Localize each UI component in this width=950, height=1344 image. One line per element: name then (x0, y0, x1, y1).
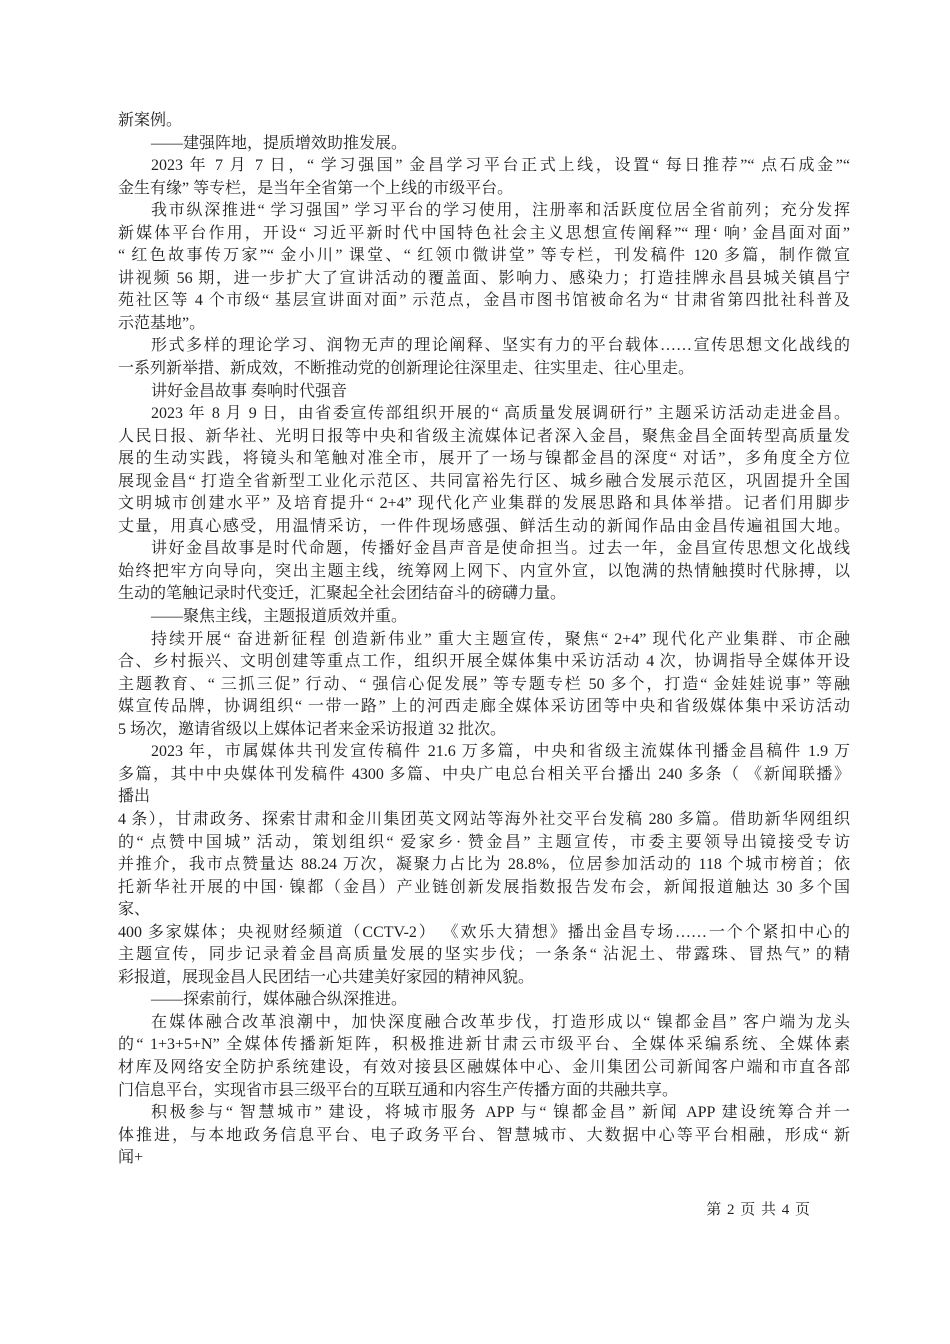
text-line: ——探索前行，媒体融合纵深推进。 (118, 989, 850, 1012)
text-line: 积极参与“ 智慧城市” 建设，将城市服务 APP 与“ 镍都金昌” 新闻 APP… (118, 1102, 850, 1125)
text-line: 苑社区等 4 个市级“ 基层宣讲面对面” 示范点，金昌市图书馆被命名为“ 甘肃省… (118, 290, 850, 313)
text-line: 在媒体融合改革浪潮中，加快深度融合改革步伐，打造形成以“ 镍都金昌” 客户端为龙… (118, 1012, 850, 1035)
text-line: 人民日报、新华社、光明日报等中央和省级主流媒体记者深入金昌，聚焦金昌全面转型高质… (118, 426, 850, 449)
text-line: 2023 年，市属媒体共刊发宣传稿件 21.6 万多篇，中央和省级主流媒体刊播金… (118, 741, 850, 764)
text-line: 生动的笔触记录时代变迁，汇聚起全社会团结奋斗的磅礴力量。 (118, 583, 850, 606)
text-line: 2023 年 8 月 9 日，由省委宣传部组织开展的“ 高质量发展调研行” 主题… (118, 403, 850, 426)
text-line: 新媒体平台作用，开设“ 习近平新时代中国特色社会主义思想宣传阐释”“ 理‘ 响’… (118, 223, 850, 246)
text-line: “ 红色故事传万家”“ 金小川” 课堂、“ 红领巾微讲堂” 等专栏，刊发稿件 1… (118, 245, 850, 268)
text-line: 持续开展“ 奋进新征程 创造新伟业” 重大主题宣传，聚焦“ 2+4” 现代化产业… (118, 629, 850, 652)
text-line: 体推进，与本地政务信息平台、电子政务平台、智慧城市、大数据中心等平台相融，形成“… (118, 1125, 850, 1148)
text-line: 材库及网络安全防护系统建设，有效对接县区融媒体中心、金川集团公司新闻客户端和市直… (118, 1057, 850, 1080)
document-page: 新案例。——建强阵地，提质增效助推发展。2023 年 7 月 7 日，“ 学习强… (0, 0, 950, 1344)
text-line: 400 多家媒体；央视财经频道（CCTV-2） 《欢乐大猜想》播出金昌专场……一… (118, 922, 850, 945)
text-line: 金生有缘” 等专栏，是当年全省第一个上线的市级平台。 (118, 178, 850, 201)
text-line: 2023 年 7 月 7 日，“ 学习强国” 金昌学习平台正式上线，设置“ 每日… (118, 155, 850, 178)
text-line: 文明城市创建水平” 及培育提升“ 2+4” 现代化产业集群的发展思路和具体举措。… (118, 493, 850, 516)
text-line: 我市纵深推进“ 学习强国” 学习平台的学习使用，注册率和活跃度位居全省前列；充分… (118, 200, 850, 223)
text-line: 新案例。 (118, 110, 850, 133)
text-line: 展的生动实践，将镜头和笔触对准全市，展开了一场与镍都金昌的深度“ 对话”，多角度… (118, 448, 850, 471)
text-line: 示范基地”。 (118, 313, 850, 336)
text-line: 丈量，用真心感受，用温情采访，一件件现场感强、鲜活生动的新闻作品由金昌传遍祖国大… (118, 516, 850, 539)
text-line: 闻+ (118, 1147, 850, 1170)
text-line: 5 场次，邀请省级以上媒体记者来金采访报道 32 批次。 (118, 719, 850, 742)
text-line: 讲好金昌故事是时代命题，传播好金昌声音是使命担当。过去一年，金昌宣传思想文化战线 (118, 538, 850, 561)
text-line: 4 条），甘肃政务、探索甘肃和金川集团英文网站等海外社交平台发稿 280 多篇。… (118, 809, 850, 832)
text-line: 讲好金昌故事 奏响时代强音 (118, 381, 850, 404)
document-body: 新案例。——建强阵地，提质增效助推发展。2023 年 7 月 7 日，“ 学习强… (118, 110, 850, 1170)
text-line: 形式多样的理论学习、润物无声的理论阐释、坚实有力的平台载体……宣传思想文化战线的 (118, 335, 850, 358)
text-line: 始终把牢方向导向，突出主题主线，统筹网上网下、内宣外宣，以饱满的热情触摸时代脉搏… (118, 561, 850, 584)
text-line: 合、乡村振兴、文明创建等重点工作，组织开展全媒体集中采访活动 4 次，协调指导全… (118, 651, 850, 674)
text-line: 并推介，我市点赞量达 88.24 万次，凝聚力占比为 28.8%，位居参加活动的… (118, 854, 850, 877)
text-line: 一系列新举措、新成效，不断推动党的创新理论往深里走、往实里走、往心里走。 (118, 358, 850, 381)
text-line: 的“ 点赞中国城” 活动，策划组织“ 爱家乡· 赞金昌” 主题宣传，市委主要领导… (118, 832, 850, 855)
text-line: 托新华社开展的中国· 镍都（金昌）产业链创新发展指数报告发布会，新闻报道触达 3… (118, 877, 850, 900)
text-line: 讲视频 56 期，进一步扩大了宣讲活动的覆盖面、影响力、感染力；打造挂牌永昌县城… (118, 268, 850, 291)
text-line: 彩报道，展现金昌人民团结一心共建美好家园的精神风貌。 (118, 967, 850, 990)
text-line: 主题宣传，同步记录着金昌高质量发展的坚实步伐；一条条“ 沾泥土、带露珠、冒热气”… (118, 944, 850, 967)
page-number-footer: 第 2 页 共 4 页 (706, 1200, 811, 1220)
text-line: ——聚焦主线，主题报道质效并重。 (118, 606, 850, 629)
text-line: 的“ 1+3+5+N” 全媒体传播新矩阵，积极推进新甘肃云市级平台、全媒体采编系… (118, 1034, 850, 1057)
text-line: 多篇，其中中央媒体刊发稿件 4300 多篇、中央广电总台相关平台播出 240 多… (118, 764, 850, 787)
text-line: 展现金昌“ 打造全省新型工业化示范区、共同富裕先行区、城乡融合发展示范区，巩固提… (118, 471, 850, 494)
text-line: 媒宣传品牌，协调组织“ 一带一路” 上的河西走廊全媒体采访团等中央和省级媒体集中… (118, 696, 850, 719)
text-line: 主题教育、“ 三抓三促” 行动、“ 强信心促发展” 等专题专栏 50 多个，打造… (118, 674, 850, 697)
text-line: 播出 (118, 786, 850, 809)
text-line: ——建强阵地，提质增效助推发展。 (118, 133, 850, 156)
text-line: 家、 (118, 899, 850, 922)
text-line: 门信息平台，实现省市县三级平台的互联互通和内容生产传播方面的共融共享。 (118, 1080, 850, 1103)
